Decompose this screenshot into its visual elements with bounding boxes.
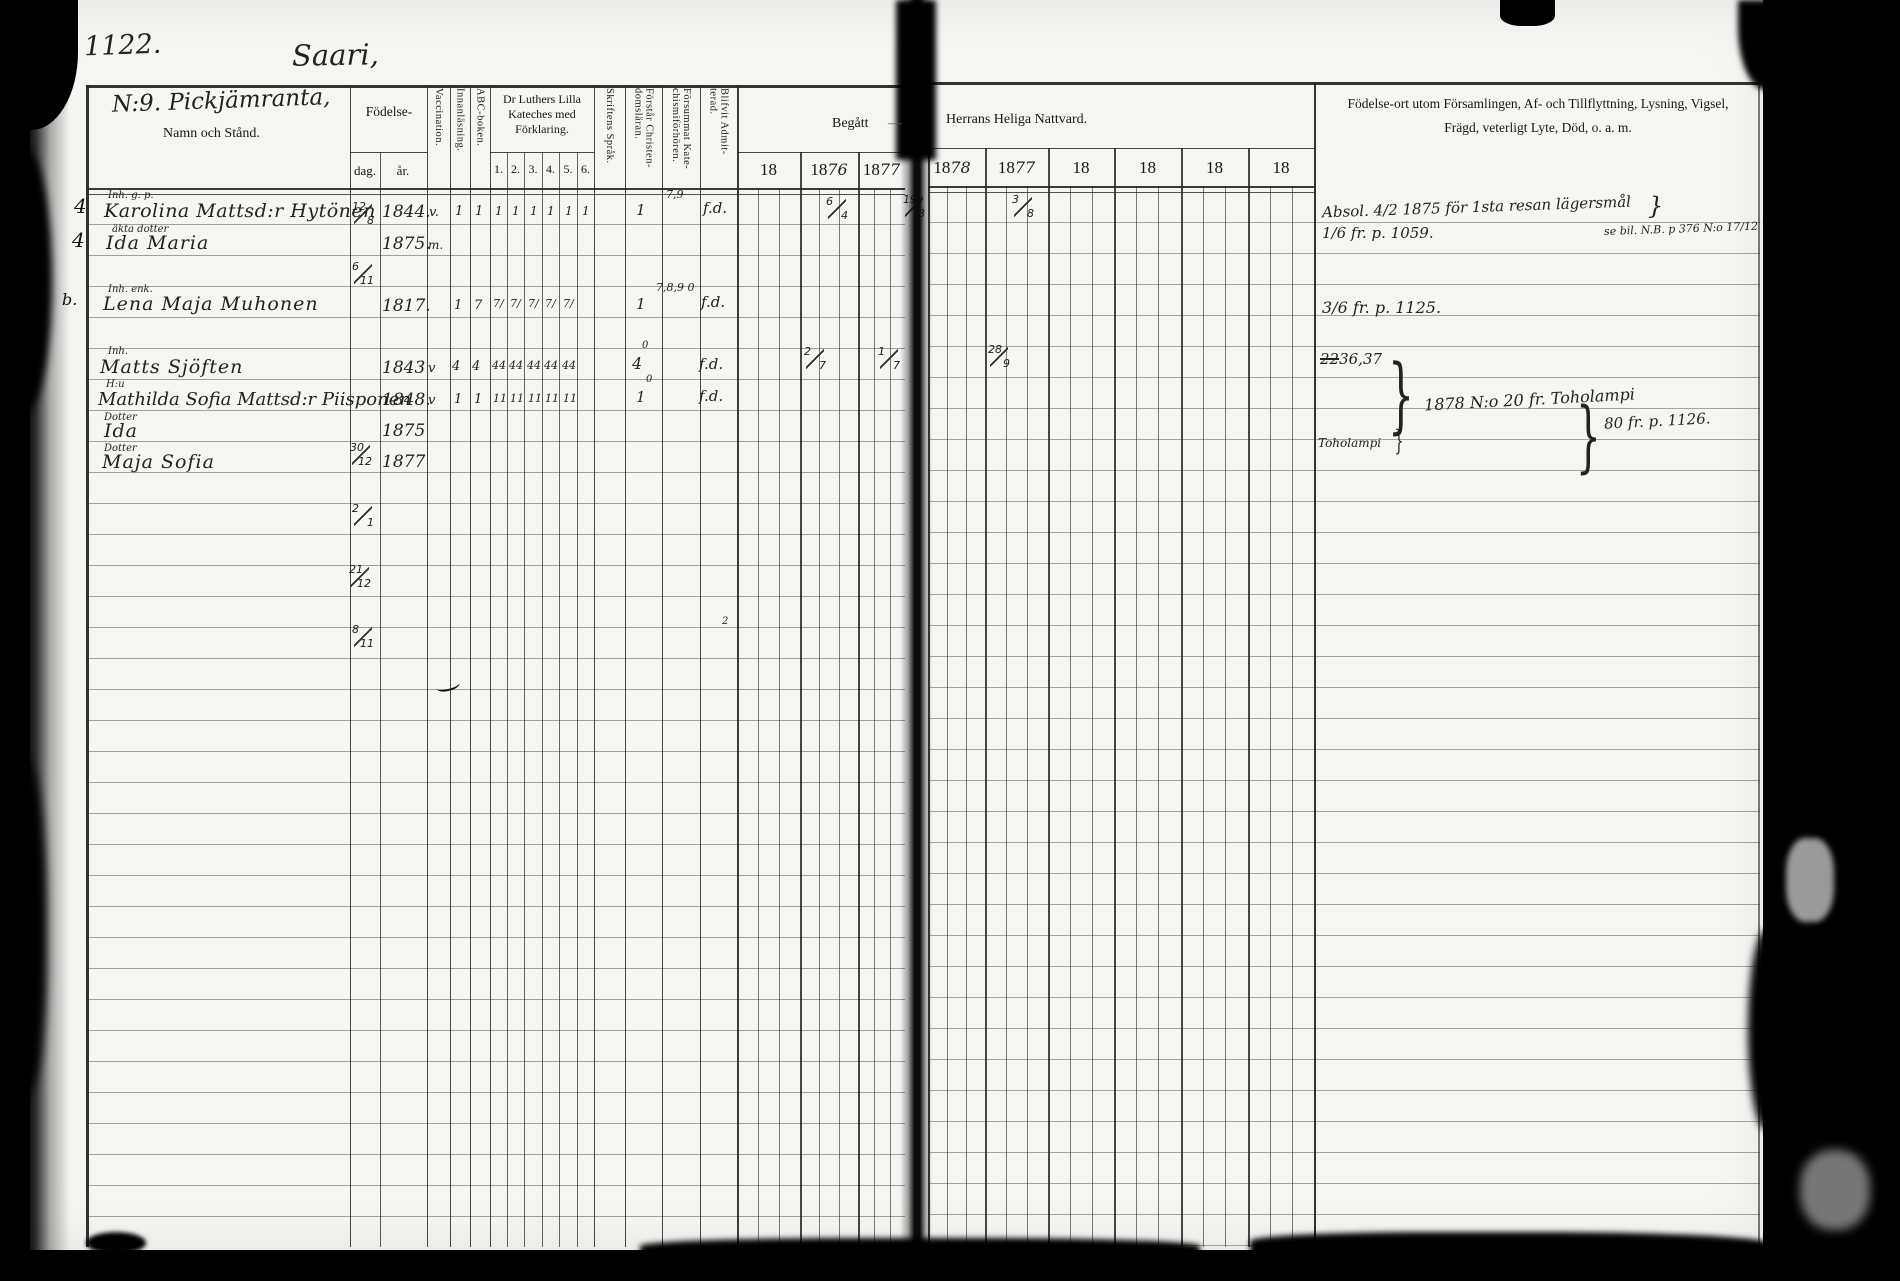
kateches-mark: 44 <box>544 359 558 372</box>
entry-name: Karolina Mattsd:r Hytönen <box>104 200 376 222</box>
entry-birth-day: 128 <box>354 202 372 226</box>
kateches-subcol-3: 3. <box>524 162 542 177</box>
communion-1876: 27 <box>806 347 824 371</box>
communion-1877: 17 <box>880 347 898 371</box>
communion-1878: 38 <box>1014 195 1032 219</box>
scan-texture-right <box>1786 838 1834 922</box>
column-header-namn-och-stand: Namn och Stånd. <box>163 126 260 142</box>
kateches-mark: 44 <box>492 359 506 372</box>
scan-blob-left <box>0 150 52 410</box>
blifvit-admitterad-label: Blifvit Admit-terad. <box>708 88 730 155</box>
kateches-mark: 1 <box>512 204 520 218</box>
kateches-mark: 1 <box>565 204 573 218</box>
forstar-label: Förstår Christen-domsläran. <box>633 88 655 168</box>
column-header-luthers-kateches: Dr Luthers Lilla Kateches med Förklaring… <box>488 92 596 137</box>
entry-name: Matts Sjöften <box>100 356 243 378</box>
kateches-mark: 7/ <box>493 297 504 310</box>
kateches-mark: 1 <box>530 204 538 218</box>
entry-birth-year: 1875. <box>382 234 431 254</box>
forstar-mark: 1 <box>636 388 646 406</box>
scan-blob-right <box>1748 930 1784 1130</box>
scan-blob-left-2 <box>0 760 46 1090</box>
kateches-mark: 1 <box>495 204 503 218</box>
column-header-fodelse: Födelse- <box>352 104 426 120</box>
innanlasning-mark: 1 <box>454 392 462 407</box>
begatt-label: Begått <box>832 116 869 132</box>
annotation-from-page-1125: 3/6 fr. p. 1125. <box>1322 298 1441 317</box>
year-col-1877-right: 1877 <box>985 158 1048 178</box>
nattvard-label: Herrans Heliga Nattvard. <box>946 112 1087 128</box>
kateches-subcol-6: 6. <box>577 162 594 177</box>
forsummat-note: 7,8,9 0 <box>656 281 694 294</box>
forsummat-note: 7,9 <box>666 188 684 201</box>
annotation-from-page-1059: 1/6 fr. p. 1059. <box>1322 224 1434 242</box>
admitterad-mark: f.d. <box>701 293 725 311</box>
kateches-mark: 7/ <box>528 297 539 310</box>
scan-edge-bottom-rough-2 <box>1250 1232 1770 1258</box>
book-fold <box>900 0 932 1250</box>
kateches-mark: 7/ <box>545 297 556 310</box>
annotation-brace-small: } <box>1648 192 1663 220</box>
vaccination-mark: v <box>428 393 435 408</box>
annotation-page-numbers: 2236,37 <box>1320 350 1382 368</box>
kateches-mark: 7/ <box>510 297 521 310</box>
grid-line <box>86 188 905 190</box>
entry-name: Ida Maria <box>106 232 209 254</box>
grid-line <box>928 82 1760 85</box>
parish-name: Saari, <box>292 37 379 73</box>
grid-line <box>928 186 1314 188</box>
kateches-subcol-5: 5. <box>559 162 577 177</box>
admitterad-mark: f.d. <box>699 387 723 405</box>
forstar-mark: 4 <box>632 354 642 373</box>
entry-birth-day: 21 <box>354 504 372 528</box>
innanlasning-mark: 4 <box>452 359 460 374</box>
luthers-line3: Förklaring. <box>515 122 569 136</box>
scan-edge-bottom-rough <box>640 1238 1200 1258</box>
year-col-18-r3: 18 <box>1181 158 1248 178</box>
scan-texture-right-2 <box>1800 1150 1870 1230</box>
begatt-dash: — <box>888 116 902 132</box>
entry-name: Ida <box>104 420 138 442</box>
column-header-ar: år. <box>380 163 426 179</box>
innanlasning-mark: 1 <box>455 204 463 219</box>
kateches-subcol-4: 4. <box>542 162 559 177</box>
year-col-18-r4: 18 <box>1248 158 1314 178</box>
admitterad-mark: f.d. <box>703 199 727 217</box>
year-col-18-left1: 18 <box>737 160 800 180</box>
entry-birth-year: 1877 <box>382 452 425 472</box>
vaccination-mark: m. <box>428 238 443 252</box>
annotation-brace-right: } <box>1576 392 1601 482</box>
vaccination-label: Vaccination. <box>433 88 444 146</box>
entry-birth-year: 1817. <box>382 296 431 316</box>
entry-name: Mathilda Sofia Mattsd:r Piisponen <box>98 389 411 410</box>
entry-birth-year: 1843 <box>382 358 425 378</box>
column-header-abc-boken: ABC-boken. <box>470 88 490 190</box>
grid-line <box>490 152 594 153</box>
column-header-blifvit-admitterad: Blifvit Admit-terad. <box>700 88 737 190</box>
column-header-dag: dag. <box>350 163 380 179</box>
column-header-vaccination: Vaccination. <box>427 88 450 190</box>
kateches-mark: 11 <box>528 392 542 405</box>
entry-name: Lena Maja Muhonen <box>103 293 319 315</box>
year-col-1877-left: 1877 <box>858 160 905 180</box>
innanlasning-mark: 1 <box>454 298 462 313</box>
kateches-mark: 44 <box>527 359 541 372</box>
kateches-mark: 44 <box>562 359 576 372</box>
innanlasning-label: Innanläsning. <box>455 88 466 151</box>
kateches-subcol-1: 1. <box>490 162 507 177</box>
year-col-1876: 1876 <box>800 160 858 180</box>
entry-birth-day: 811 <box>354 625 372 649</box>
communion-1878: 289 <box>990 345 1008 369</box>
vaccination-mark: v <box>428 361 435 376</box>
vaccination-mark: v. <box>429 205 439 220</box>
abc-mark: 4 <box>472 359 480 374</box>
entry-name: Maja Sofia <box>102 451 215 473</box>
column-header-forstar: Förstår Christen-domsläran. <box>625 88 662 190</box>
abc-mark: 7 <box>474 298 482 313</box>
column-header-forsummat: Försummat Kate-chismiförhören. <box>662 88 700 190</box>
kateches-mark: 1 <box>582 204 590 218</box>
luthers-line2: Kateches med <box>508 107 576 121</box>
year-col-18-r1: 18 <box>1048 158 1114 178</box>
kateches-mark: 1 <box>547 204 555 218</box>
scan-blot-bottom-left <box>86 1232 146 1254</box>
column-header-skriftens-sprak: Skriftens Språk. <box>594 88 625 190</box>
communion-1876: 64 <box>828 197 846 221</box>
right-header-line1: Födelse-ort utom Församlingen, Af- och T… <box>1347 96 1728 111</box>
kateches-mark: 11 <box>563 392 577 405</box>
annotation-brace-left-small: } <box>1394 424 1403 457</box>
stray-digit: 2 <box>722 616 728 627</box>
forsummat-label: Försummat Kate-chismiförhören. <box>670 88 692 169</box>
forstar-sup: 0 <box>646 374 652 385</box>
year-col-18-r2: 18 <box>1114 158 1181 178</box>
forstar-sup: 0 <box>642 340 648 351</box>
grid-line <box>350 152 427 153</box>
entry-birth-year: 1848. <box>382 390 431 410</box>
kateches-subcol-2: 2. <box>507 162 524 177</box>
forstar-mark: 1 <box>636 201 646 219</box>
skriftens-sprak-label: Skriftens Språk. <box>604 88 615 164</box>
entry-birth-day: 611 <box>354 262 372 286</box>
scan-smudge-top <box>1500 0 1555 26</box>
folio-number: 1122. <box>83 29 161 63</box>
grid-line <box>737 152 905 153</box>
forstar-mark: 1 <box>636 295 646 313</box>
row-ruling-left-page <box>86 194 905 1247</box>
abc-boken-label: ABC-boken. <box>475 88 486 146</box>
margin-mark-2: 4 <box>72 228 85 252</box>
annotation-toholampi-small: Toholampi <box>1318 436 1381 450</box>
entry-birth-day: 3012 <box>352 443 370 467</box>
kateches-mark: 11 <box>545 392 559 405</box>
luthers-line1: Dr Luthers Lilla <box>503 92 581 106</box>
abc-mark: 1 <box>474 392 482 407</box>
entry-birth-day: 2112 <box>351 565 369 589</box>
margin-mark-1: 4 <box>74 194 87 218</box>
column-header-innanlasning: Innanläsning. <box>450 88 470 190</box>
book-fold-dark-top <box>896 0 936 160</box>
right-header-line2: Frägd, veterligt Lyte, Död, o. a. m. <box>1444 120 1631 135</box>
kateches-mark: 11 <box>510 392 524 405</box>
kateches-mark: 11 <box>493 392 507 405</box>
abc-mark: 1 <box>475 204 483 219</box>
admitterad-mark: f.d. <box>699 355 723 373</box>
right-page-header: Födelse-ort utom Församlingen, Af- och T… <box>1320 92 1756 140</box>
entry-birth-year: 1844. <box>382 202 431 222</box>
kateches-mark: 44 <box>509 359 523 372</box>
grid-line <box>928 148 1314 149</box>
scanned-parish-register: 1122. Saari, N:9. Pickjämranta, Namn och… <box>0 0 1900 1281</box>
kateches-mark: 7/ <box>563 297 574 310</box>
entry-birth-year: 1875 <box>382 421 425 441</box>
